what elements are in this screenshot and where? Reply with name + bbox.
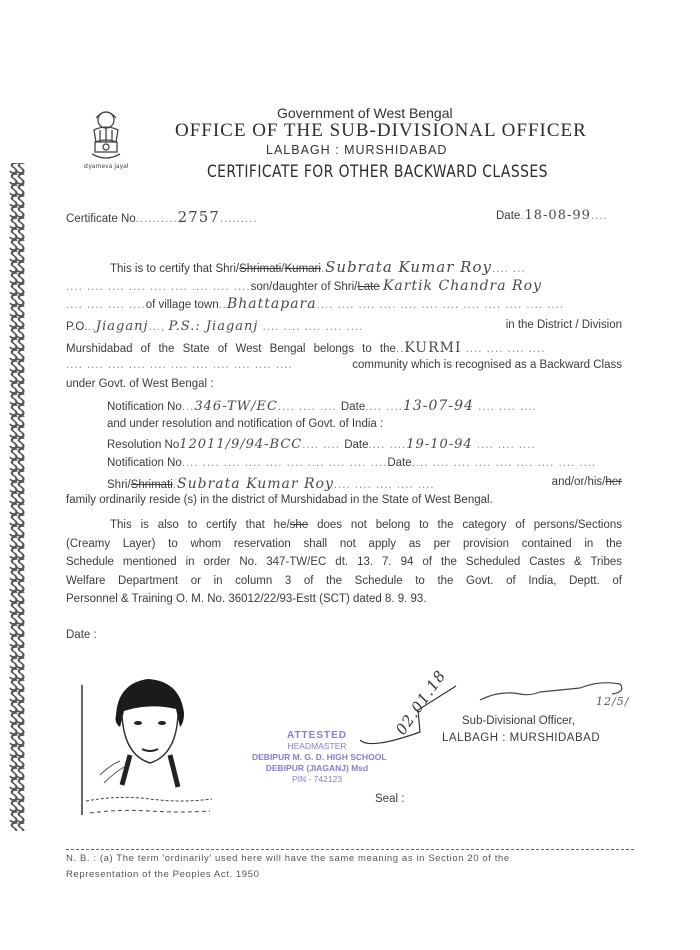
signatory-title: Sub-Divisional Officer, (462, 715, 575, 727)
residence-line: family ordinarily reside (s) in the dist… (66, 494, 493, 506)
certificate-date-value: 18-08-99 (525, 208, 591, 223)
footer-divider (66, 849, 634, 851)
officer-signature (470, 670, 630, 715)
father-name: Kartik Chandra Roy (383, 278, 542, 294)
certificate-number-label: Certificate No (66, 213, 136, 225)
resident-line: Shri/Shrimati.Subrata Kumar Roy.... ....… (107, 476, 622, 492)
community-line: Murshidabad of the State of West Bengal … (66, 340, 545, 356)
police-station-value: P.S.: Jiaganj (169, 319, 259, 334)
officer-signature-date: 12/5/ (596, 695, 629, 708)
backward-class-line: .... .... .... .... .... .... .... .... … (66, 359, 622, 371)
holder-photo (80, 665, 220, 825)
creamy-layer-paragraph: This is also to certify that he/she does… (66, 516, 622, 609)
certificate-number-field: Certificate No..........2757......... (66, 208, 258, 226)
resolution-date-value: 19-10-94 (406, 437, 472, 452)
post-office-value: Jiaganj (96, 319, 149, 334)
footnote-line-2: Representation of the Peoples Act. 1950 (66, 869, 259, 880)
village-line: .... .... .... ....of village town..Bhat… (66, 296, 564, 312)
decorative-border: ઽઽ ઽઽ ઽઽ ઽઽ ઽઽ ઽઽ ઽઽ ઽઽ ઽઽ ઽઽ ઽઽ ઽઽ ઽઽ ઽ… (4, 163, 28, 831)
certify-line: This is to certify that Shri/Shrimati/Ku… (110, 258, 526, 276)
parent-line: .... .... .... .... .... .... .... .... … (66, 278, 542, 294)
certificate-date-label: Date (496, 210, 520, 222)
national-emblem-icon: satyameva jayate (84, 108, 128, 174)
resident-name: Subrata Kumar Roy (177, 476, 334, 492)
svg-text:satyameva jayate: satyameva jayate (84, 163, 128, 170)
notification-line: Notification No...346-TW/EC.... .... ...… (107, 398, 537, 414)
govt-wb-line: under Govt. of West Bengal : (66, 378, 213, 390)
seal-label: Seal : (375, 793, 404, 805)
issue-date-label: Date : (66, 629, 97, 641)
goi-resolution-line: and under resolution and notification of… (107, 418, 383, 430)
certificate-number-value: 2757 (178, 208, 220, 226)
village-value: Bhattapara (227, 296, 317, 312)
holder-name: Subrata Kumar Roy (325, 258, 492, 276)
office-heading: OFFICE OF THE SUB-DIVISIONAL OFFICER (175, 120, 587, 142)
notification-date-value: 13-07-94 (403, 398, 474, 414)
footnote-line-1: N. B. : (a) The term 'ordinarily' used h… (66, 853, 510, 864)
certificate-date-field: Date.18-08-99.... (496, 208, 608, 223)
certificate-title: CERTIFICATE FOR OTHER BACKWARD CLASSES (207, 162, 548, 182)
office-location: LALBAGH : MURSHIDABAD (266, 143, 447, 157)
notification2-line: Notification No.... .... .... .... .... … (107, 457, 596, 469)
notification-value: 346-TW/EC (194, 399, 278, 414)
resolution-value: 12011/9/94-BCC (179, 437, 302, 452)
community-value: KURMI (404, 340, 461, 356)
post-office-line: P.O...Jiaganj..., P.S.: Jiaganj .... ...… (66, 319, 622, 334)
resolution-line: Resolution No12011/9/94-BCC.... .... Dat… (107, 437, 536, 452)
government-heading: Government of West Bengal (277, 105, 453, 121)
signatory-place: LALBAGH : MURSHIDABAD (442, 732, 600, 744)
